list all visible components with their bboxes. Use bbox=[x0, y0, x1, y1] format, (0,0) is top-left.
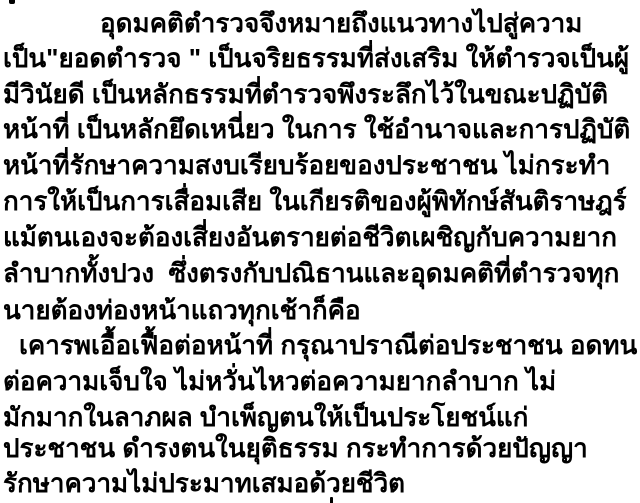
text-line: นายต้องท่องหน้าแถวทุกเช้าก็คือ bbox=[3, 295, 640, 325]
text-line: เคารพเอื้อเฟื้อต่อหน้าที่ กรุณาปราณีต่อป… bbox=[3, 330, 640, 360]
text-line: อุดมคติตำรวจจึงหมายถึงแนวทางไปสู่ความ bbox=[3, 8, 640, 38]
text-line: หน้าที่ เป็นหลักยึดเหนี่ยว ในการ ใช้อำนา… bbox=[3, 114, 640, 144]
text-line: หน้าที่รักษาความสงบเรียบร้อยของประชาชน ไ… bbox=[3, 150, 640, 180]
text-line: เป็น"ยอดตำรวจ " เป็นจริยธรรมที่ส่งเสริม … bbox=[3, 43, 640, 73]
text-line: มีวินัยดี เป็นหลักธรรมที่ตำรวจพึงระลึกไว… bbox=[3, 79, 640, 109]
cut-text-fragment-top bbox=[9, 0, 15, 4]
text-line: ต่อความเจ็บใจ ไม่หวั่นไหวต่อความยากลำบาก… bbox=[3, 366, 640, 396]
text-line: ลำบากทั้งปวง ซึ่งตรงกับปณิธานและอุดมคติท… bbox=[3, 258, 640, 288]
text-line: แม้ตนเองจะต้องเสี่ยงอันตรายต่อชีวิตเผชิญ… bbox=[3, 222, 640, 252]
text-line: ประชาชน ดำรงตนในยุติธรรม กระทำการด้วยปัญ… bbox=[3, 433, 640, 463]
document-page: อุดมคติตำรวจจึงหมายถึงแนวทางไปสู่ความ เป… bbox=[0, 0, 640, 503]
text-line: มักมากในลาภผล บำเพ็ญตนให้เป็นประโยชน์แก่ bbox=[3, 402, 640, 432]
text-line: การให้เป็นการเสื่อมเสีย ในเกียรติของผู้พ… bbox=[3, 186, 640, 216]
text-line: รักษาความไม่ประมาทเสมอด้วยชีวิต bbox=[3, 468, 640, 498]
cut-text-fragment-bottom bbox=[330, 497, 333, 503]
